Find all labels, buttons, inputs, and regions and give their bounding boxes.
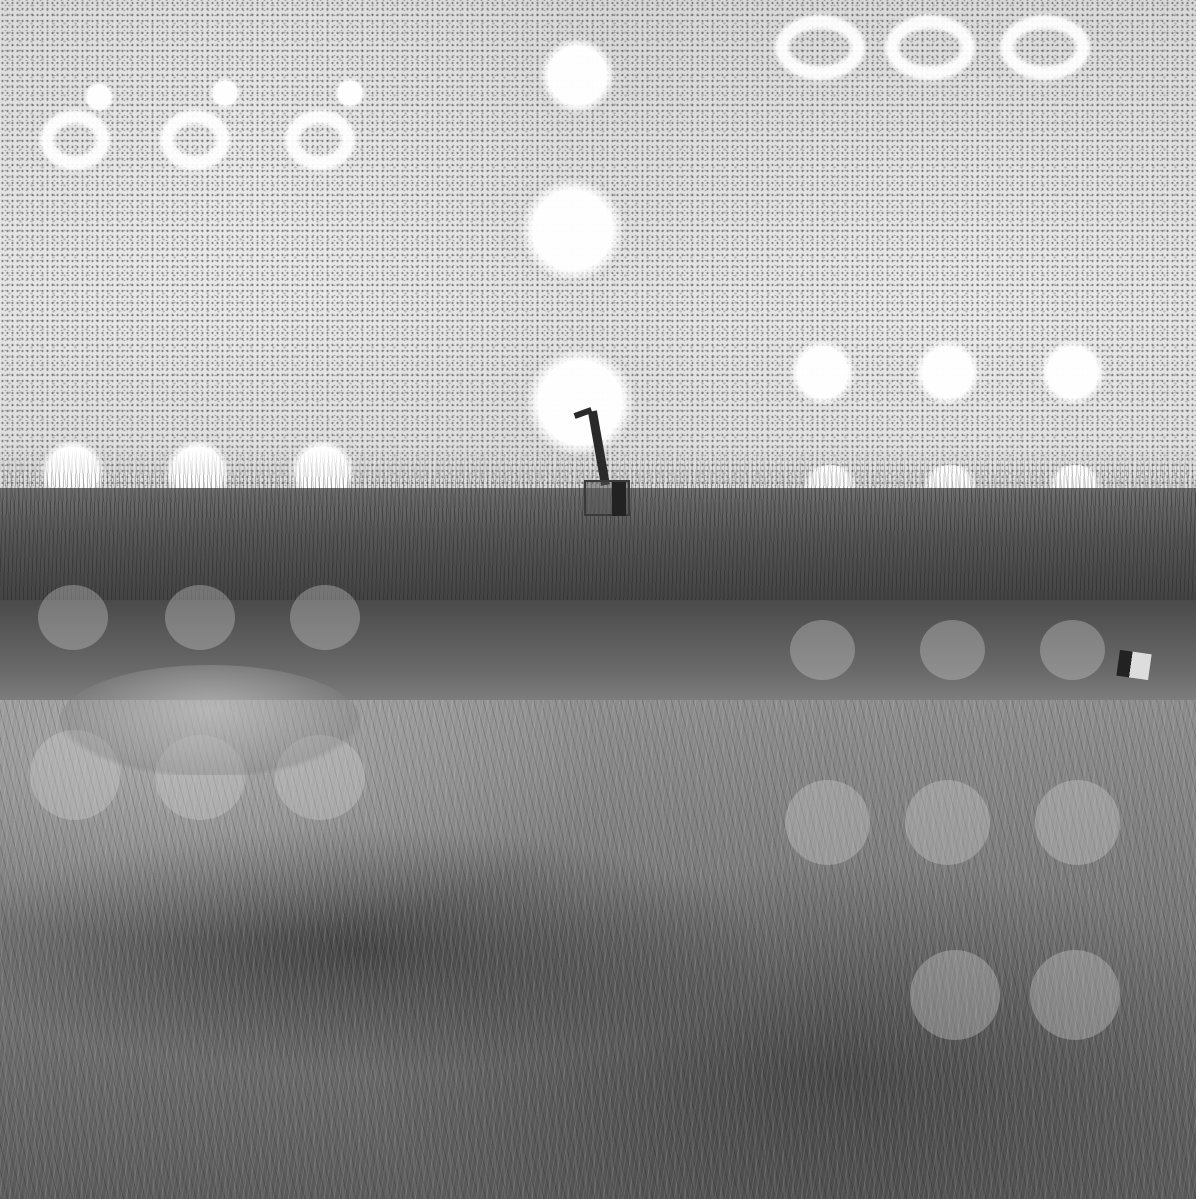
- light-leak-curl: [775, 15, 865, 80]
- ghost-spot: [165, 585, 235, 650]
- light-spot: [540, 38, 615, 113]
- light-spot: [1040, 340, 1105, 405]
- ghost-spot: [1030, 950, 1120, 1040]
- ghost-spot: [790, 620, 855, 680]
- light-spot: [84, 82, 114, 112]
- photograph: [0, 0, 1196, 1199]
- light-leak-curl: [885, 15, 975, 80]
- ghost-spot: [1040, 620, 1105, 680]
- light-spot: [335, 78, 365, 108]
- light-spot: [790, 340, 855, 405]
- light-leak-curl: [285, 110, 355, 170]
- ghost-spot: [785, 780, 870, 865]
- farm-implement-part: [612, 482, 626, 516]
- light-spot: [525, 350, 635, 455]
- ghost-spot: [905, 780, 990, 865]
- bucket: [1116, 650, 1151, 680]
- light-leak-curl: [160, 110, 230, 170]
- ghost-spot: [1035, 780, 1120, 865]
- ghost-spot: [910, 950, 1000, 1040]
- ghost-spot: [920, 620, 985, 680]
- light-leak-curl: [40, 110, 110, 170]
- light-spot: [915, 340, 980, 405]
- light-spot: [210, 78, 240, 108]
- light-spot: [520, 180, 625, 280]
- light-leak-curl: [1000, 15, 1090, 80]
- ghost-spot: [290, 585, 360, 650]
- hay-pile: [60, 665, 360, 775]
- ghost-spot: [38, 585, 108, 650]
